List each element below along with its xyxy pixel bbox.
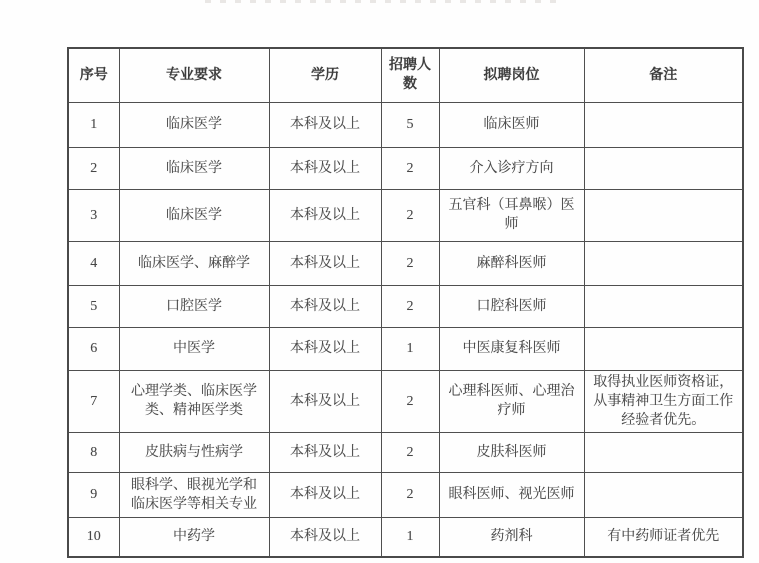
- cell-headcount: 1: [381, 517, 439, 557]
- recruitment-table: 序号 专业要求 学历 招聘人数 拟聘岗位 备注 1临床医学本科及以上5临床医师2…: [67, 47, 744, 558]
- cell-position: 中医康复科医师: [439, 327, 584, 370]
- cell-headcount: 2: [381, 285, 439, 327]
- cell-education: 本科及以上: [269, 370, 381, 432]
- cell-remarks: 有中药师证者优先: [584, 517, 743, 557]
- cell-index: 2: [68, 147, 119, 189]
- cell-headcount: 1: [381, 327, 439, 370]
- cell-remarks: [584, 189, 743, 241]
- cell-headcount: 2: [381, 432, 439, 472]
- table-row: 1临床医学本科及以上5临床医师: [68, 102, 743, 147]
- cell-position: 眼科医师、视光医师: [439, 472, 584, 517]
- cell-headcount: 2: [381, 241, 439, 285]
- cell-major: 眼科学、眼视光学和临床医学等相关专业: [119, 472, 269, 517]
- header-cell-education: 学历: [269, 48, 381, 102]
- cell-index: 10: [68, 517, 119, 557]
- cell-education: 本科及以上: [269, 147, 381, 189]
- cell-headcount: 5: [381, 102, 439, 147]
- cell-index: 6: [68, 327, 119, 370]
- cell-remarks: [584, 432, 743, 472]
- cell-headcount: 2: [381, 370, 439, 432]
- table-row: 3临床医学本科及以上2五官科（耳鼻喉）医师: [68, 189, 743, 241]
- table-row: 4临床医学、麻醉学本科及以上2麻醉科医师: [68, 241, 743, 285]
- cell-major: 临床医学: [119, 189, 269, 241]
- cell-education: 本科及以上: [269, 472, 381, 517]
- cell-position: 介入诊疗方向: [439, 147, 584, 189]
- table-row: 5口腔医学本科及以上2口腔科医师: [68, 285, 743, 327]
- table-row: 6中医学本科及以上1中医康复科医师: [68, 327, 743, 370]
- cell-position: 麻醉科医师: [439, 241, 584, 285]
- cell-major: 临床医学、麻醉学: [119, 241, 269, 285]
- table-row: 2临床医学本科及以上2介入诊疗方向: [68, 147, 743, 189]
- header-cell-index: 序号: [68, 48, 119, 102]
- cell-remarks: [584, 285, 743, 327]
- header-cell-position: 拟聘岗位: [439, 48, 584, 102]
- cell-remarks: [584, 147, 743, 189]
- header-cell-major: 专业要求: [119, 48, 269, 102]
- cell-education: 本科及以上: [269, 102, 381, 147]
- cell-position: 口腔科医师: [439, 285, 584, 327]
- cell-education: 本科及以上: [269, 285, 381, 327]
- cell-major: 皮肤病与性病学: [119, 432, 269, 472]
- cell-major: 口腔医学: [119, 285, 269, 327]
- cell-education: 本科及以上: [269, 517, 381, 557]
- cell-remarks: [584, 102, 743, 147]
- cell-education: 本科及以上: [269, 241, 381, 285]
- cell-remarks: [584, 327, 743, 370]
- cell-education: 本科及以上: [269, 327, 381, 370]
- cell-position: 药剂科: [439, 517, 584, 557]
- cell-position: 心理科医师、心理治疗师: [439, 370, 584, 432]
- cell-major: 心理学类、临床医学类、精神医学类: [119, 370, 269, 432]
- header-row: 序号 专业要求 学历 招聘人数 拟聘岗位 备注: [68, 48, 743, 102]
- cell-major: 临床医学: [119, 147, 269, 189]
- cell-major: 中医学: [119, 327, 269, 370]
- cell-headcount: 2: [381, 472, 439, 517]
- table-row: 10中药学本科及以上1药剂科有中药师证者优先: [68, 517, 743, 557]
- cell-position: 五官科（耳鼻喉）医师: [439, 189, 584, 241]
- cell-remarks: [584, 241, 743, 285]
- cell-index: 9: [68, 472, 119, 517]
- cell-index: 8: [68, 432, 119, 472]
- cell-headcount: 2: [381, 147, 439, 189]
- table-row: 9眼科学、眼视光学和临床医学等相关专业本科及以上2眼科医师、视光医师: [68, 472, 743, 517]
- cell-education: 本科及以上: [269, 432, 381, 472]
- cell-index: 3: [68, 189, 119, 241]
- table-row: 8皮肤病与性病学本科及以上2皮肤科医师: [68, 432, 743, 472]
- cell-remarks: 取得执业医师资格证，从事精神卫生方面工作经验者优先。: [584, 370, 743, 432]
- cell-major: 临床医学: [119, 102, 269, 147]
- cell-index: 4: [68, 241, 119, 285]
- cell-index: 1: [68, 102, 119, 147]
- cell-remarks: [584, 472, 743, 517]
- table-row: 7心理学类、临床医学类、精神医学类本科及以上2心理科医师、心理治疗师取得执业医师…: [68, 370, 743, 432]
- cell-index: 5: [68, 285, 119, 327]
- cell-index: 7: [68, 370, 119, 432]
- header-cell-headcount: 招聘人数: [381, 48, 439, 102]
- cell-education: 本科及以上: [269, 189, 381, 241]
- header-cell-remarks: 备注: [584, 48, 743, 102]
- cell-major: 中药学: [119, 517, 269, 557]
- cropped-text-remnant: [205, 0, 565, 3]
- cell-headcount: 2: [381, 189, 439, 241]
- cell-position: 皮肤科医师: [439, 432, 584, 472]
- cell-position: 临床医师: [439, 102, 584, 147]
